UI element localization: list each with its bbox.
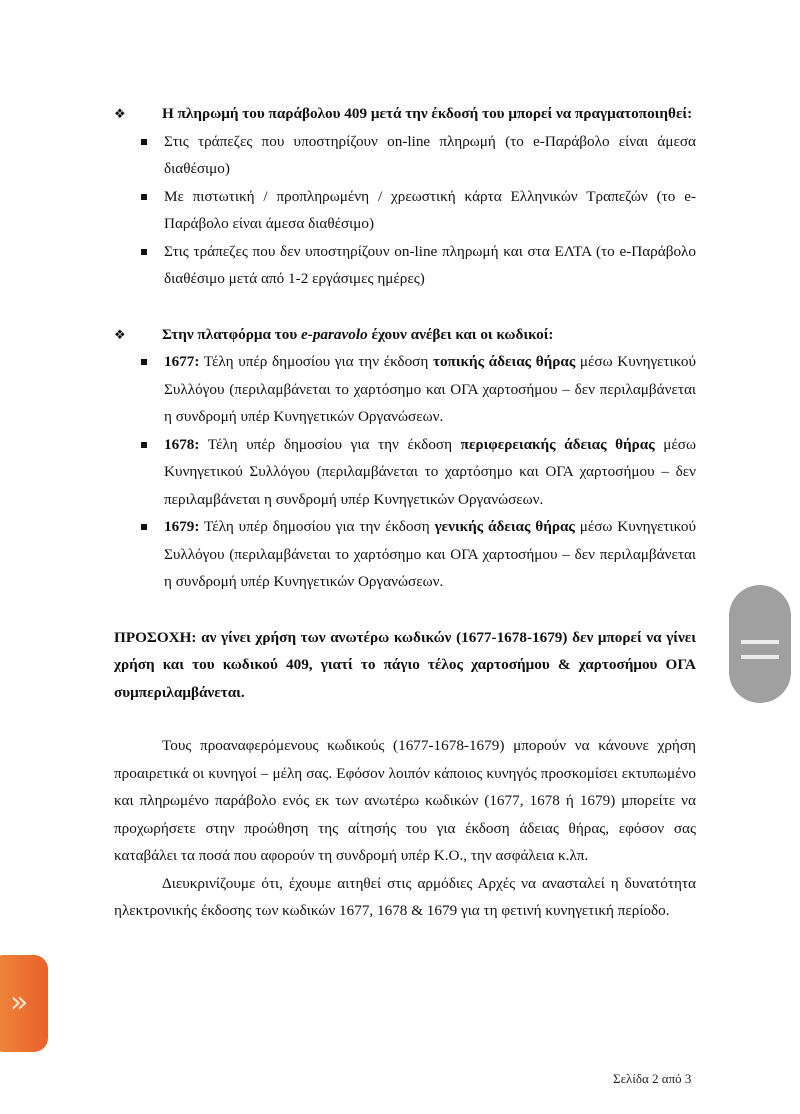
code-number: 1677: [164,353,199,370]
document-page: ❖ Η πληρωμή του παράβολου 409 μετά την έ… [114,100,696,925]
page-number-footer: Σελίδα 2 από 3 [613,1071,691,1087]
square-bullet-icon [141,442,147,448]
square-bullet-icon [141,139,147,145]
payment-heading: ❖ Η πληρωμή του παράβολου 409 μετά την έ… [114,100,696,128]
payment-methods-list: Στις τράπεζες που υποστηρίζουν on-line π… [114,128,696,293]
payment-section: ❖ Η πληρωμή του παράβολου 409 μετά την έ… [114,100,696,293]
payment-heading-text: Η πληρωμή του παράβολου 409 μετά την έκδ… [162,105,692,122]
expand-panel-tab[interactable]: » [0,955,48,1052]
diamond-bullet-icon: ❖ [114,321,126,349]
code-item-1678: 1678: Τέλη υπέρ δημοσίου για την έκδοση … [164,431,696,514]
code-number: 1679: [164,518,199,535]
square-bullet-icon [141,249,147,255]
code-item-1679: 1679: Τέλη υπέρ δημοσίου για την έκδοση … [164,513,696,596]
list-item: Με πιστωτική / προπληρωμένη / χρεωστική … [164,183,696,238]
warning-paragraph: ΠΡΟΣΟΧΗ: αν γίνει χρήση των ανωτέρω κωδι… [114,624,696,707]
square-bullet-icon [141,524,147,530]
codes-heading: ❖ Στην πλατφόρμα του e-paravolo έχουν αν… [114,321,696,349]
square-bullet-icon [141,194,147,200]
code-item-1677: 1677: Τέλη υπέρ δημοσίου για την έκδοση … [164,348,696,431]
side-menu-handle[interactable] [729,585,791,703]
diamond-bullet-icon: ❖ [114,100,126,128]
codes-list: 1677: Τέλη υπέρ δημοσίου για την έκδοση … [114,348,696,596]
square-bullet-icon [141,359,147,365]
double-chevron-right-icon: » [10,983,28,1023]
e-paravolo-name: e-paravolo [301,326,368,343]
body-paragraph: Τους προαναφερόμενους κωδικούς (1677-167… [114,732,696,870]
list-item: Στις τράπεζες που υποστηρίζουν on-line π… [164,128,696,183]
body-paragraph: Διευκρινίζουμε ότι, έχουμε αιτηθεί στις … [114,870,696,925]
codes-section: ❖ Στην πλατφόρμα του e-paravolo έχουν αν… [114,321,696,596]
code-number: 1678: [164,436,199,453]
list-item: Στις τράπεζες που δεν υποστηρίζουν on-li… [164,238,696,293]
